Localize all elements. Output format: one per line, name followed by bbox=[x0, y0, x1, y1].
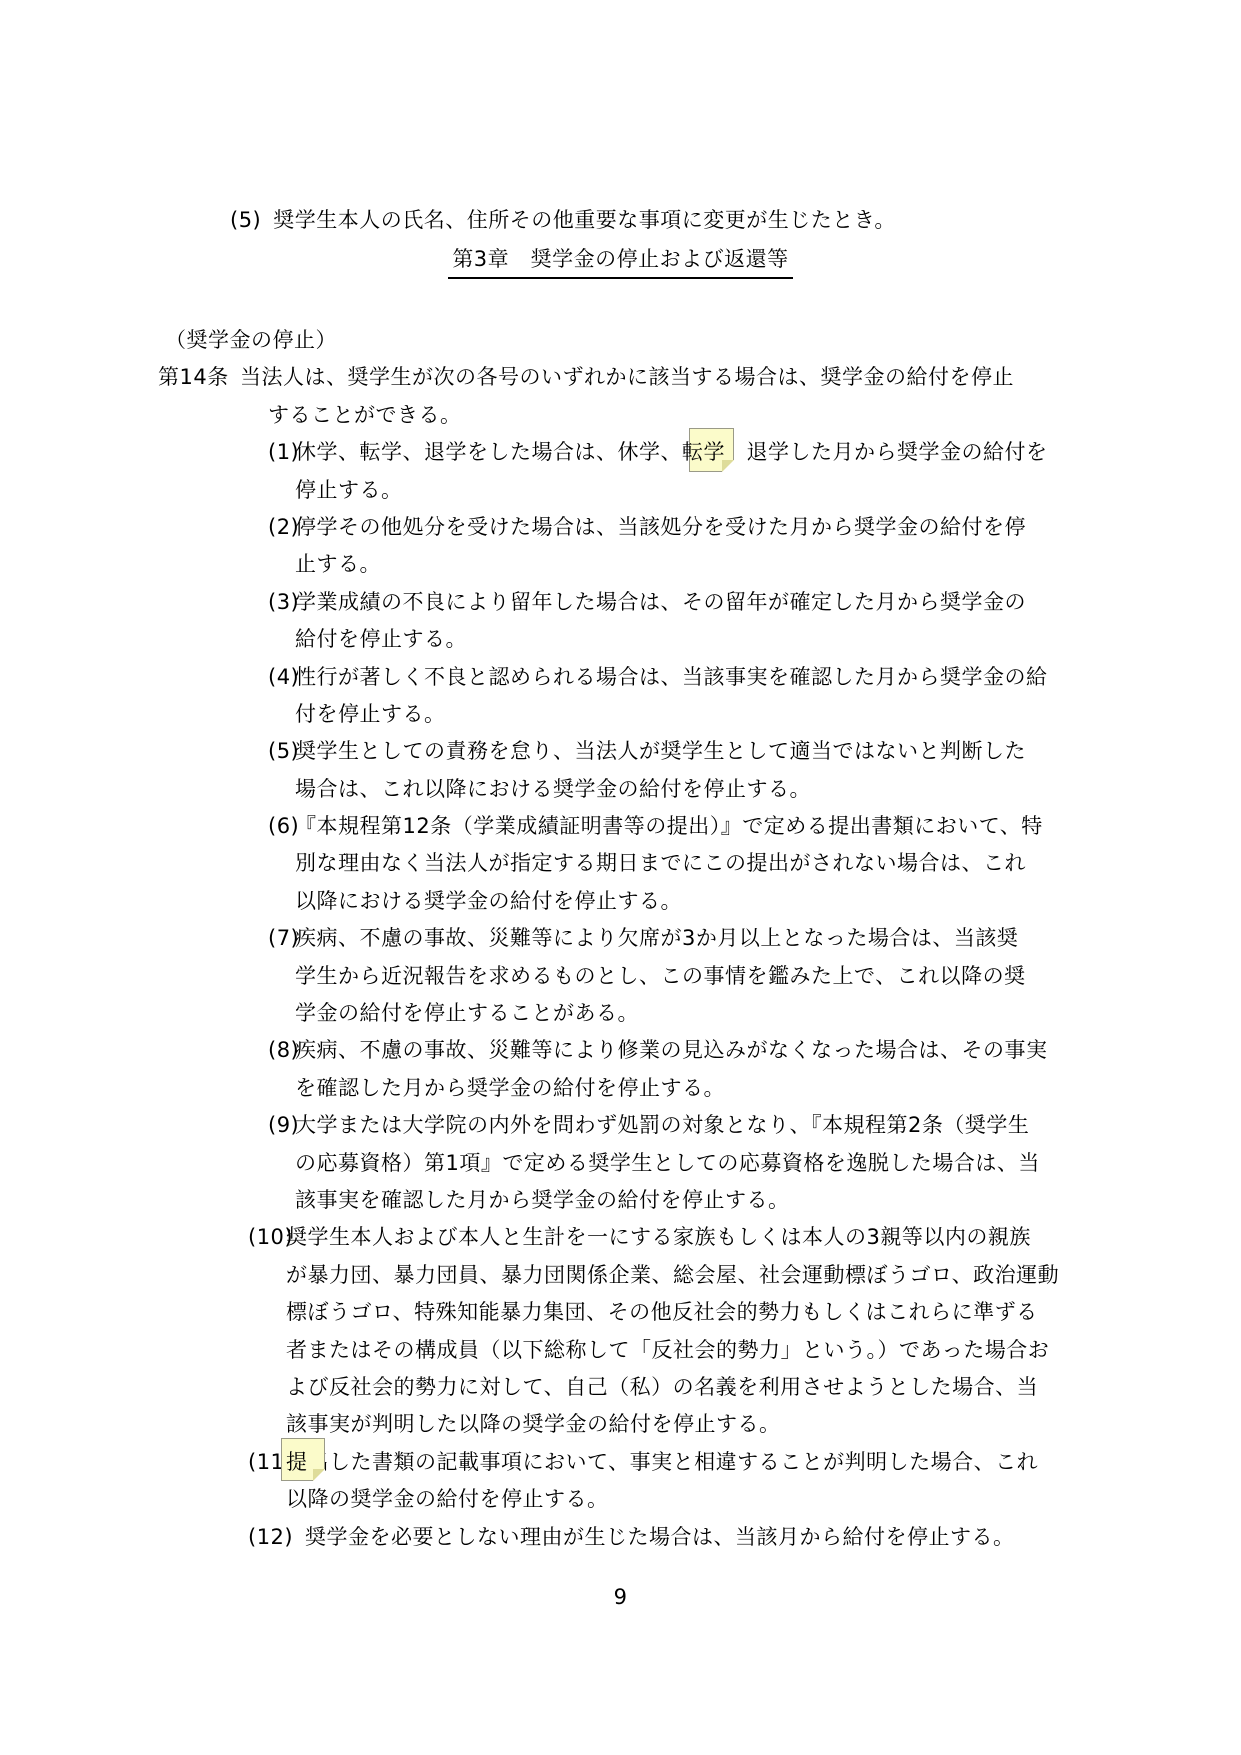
item-line: 者またはその構成員（以下総称して「反社会的勢力」という。）であった場合お bbox=[0, 1332, 1241, 1369]
item-line: 場合は、これ以降における奨学金の給付を停止する。 bbox=[0, 771, 1241, 808]
item-line: 以降における奨学金の給付を停止する。 bbox=[0, 883, 1241, 920]
item-label: (5) bbox=[230, 208, 261, 232]
item-label: (12) bbox=[248, 1519, 293, 1556]
page-number: 9 bbox=[0, 1585, 1241, 1609]
item-line: が暴力団、暴力団員、暴力団関係企業、総会屋、社会運動標ぼうゴロ、政治運動 bbox=[0, 1257, 1241, 1294]
item-text: 奨学生本人の氏名、住所その他重要な事項に変更が生じたとき。 bbox=[273, 208, 896, 232]
item-line: 学生から近況報告を求めるものとし、この事情を鑑みた上で、これ以降の奨 bbox=[0, 958, 1241, 995]
section-label: （奨学金の停止） bbox=[0, 322, 1241, 359]
item-text: 転学 bbox=[682, 440, 725, 464]
chapter-heading: 第3章 奨学金の停止および返還等 bbox=[0, 246, 1241, 279]
item-line: 付を停止する。 bbox=[0, 696, 1241, 733]
item-line: (5)奨学生としての責務を怠り、当法人が奨学生として適当ではないと判断した bbox=[0, 733, 1241, 770]
item-line: 以降の奨学金の給付を停止する。 bbox=[0, 1481, 1241, 1518]
item-text: 疾病、不慮の事故、災難等により欠席が3か月以上となった場合は、当該奨 bbox=[295, 926, 1018, 950]
item-line: (1)休学、転学、退学をした場合は、休学、転学、退学した月から奨学金の給付を bbox=[0, 434, 1241, 471]
item-line: よび反社会的勢力に対して、自己（私）の名義を利用させようとした場合、当 bbox=[0, 1369, 1241, 1406]
article-text: 当法人は、奨学生が次の各号のいずれかに該当する場合は、奨学金の給付を停止 bbox=[240, 365, 1014, 389]
item-line: を確認した月から奨学金の給付を停止する。 bbox=[0, 1070, 1241, 1107]
item-label: (10) bbox=[248, 1219, 293, 1256]
item-line: 学金の給付を停止することがある。 bbox=[0, 995, 1241, 1032]
article-body: （奨学金の停止） 第14条当法人は、奨学生が次の各号のいずれかに該当する場合は、… bbox=[0, 322, 1241, 1556]
item-line: (2)停学その他処分を受けた場合は、当該処分を受けた月から奨学金の給付を停 bbox=[0, 509, 1241, 546]
item-text: 大学または大学院の内外を問わず処罰の対象となり、『本規程第2条（奨学生 bbox=[295, 1113, 1029, 1137]
item-line: (8)疾病、不慮の事故、災難等により修業の見込みがなくなった場合は、その事実 bbox=[0, 1032, 1241, 1069]
item-label: (9) bbox=[268, 1107, 299, 1144]
item-line: 給付を停止する。 bbox=[0, 621, 1241, 658]
item-line: (4)性行が著しく不良と認められる場合は、当該事実を確認した月から奨学金の給 bbox=[0, 659, 1241, 696]
document-page: (5)奨学生本人の氏名、住所その他重要な事項に変更が生じたとき。 第3章 奨学金… bbox=[0, 0, 1241, 1755]
article-number: 第14条 bbox=[158, 359, 229, 396]
item-line: (11)提出した書類の記載事項において、事実と相違することが判明した場合、これ bbox=[0, 1444, 1241, 1481]
item-line: (9)大学または大学院の内外を問わず処罰の対象となり、『本規程第2条（奨学生 bbox=[0, 1107, 1241, 1144]
item-label: (2) bbox=[268, 509, 299, 546]
item-line: (12)奨学金を必要としない理由が生じた場合は、当該月から給付を停止する。 bbox=[0, 1519, 1241, 1556]
annotated-text: 提 bbox=[286, 1444, 308, 1481]
item-line: (7)疾病、不慮の事故、災難等により欠席が3か月以上となった場合は、当該奨 bbox=[0, 920, 1241, 957]
item-line: 止する。 bbox=[0, 546, 1241, 583]
item-text: 停学その他処分を受けた場合は、当該処分を受けた月から奨学金の給付を停 bbox=[295, 515, 1026, 539]
item-line: 標ぼうゴロ、特殊知能暴力集団、その他反社会的勢力もしくはこれらに準ずる bbox=[0, 1294, 1241, 1331]
article-line: することができる。 bbox=[0, 397, 1241, 434]
item-text: 提 bbox=[286, 1450, 308, 1474]
item-label: (8) bbox=[268, 1032, 299, 1069]
item-text: 奨学生としての責務を怠り、当法人が奨学生として適当ではないと判断した bbox=[295, 739, 1026, 763]
item-text: 休学、転学、退学をした場合は、休学、 bbox=[295, 440, 682, 464]
item-line: (6)『本規程第12条（学業成績証明書等の提出）』で定める提出書類において、特 bbox=[0, 808, 1241, 845]
item-line: 停止する。 bbox=[0, 472, 1241, 509]
item-text: 、退学した月から奨学金の給付を bbox=[725, 440, 1048, 464]
item-text: 出した書類の記載事項において、事実と相違することが判明した場合、これ bbox=[308, 1450, 1039, 1474]
item-label: (4) bbox=[268, 659, 299, 696]
item-line: 別な理由なく当法人が指定する期日までにこの提出がされない場合は、これ bbox=[0, 845, 1241, 882]
item-label: (5) bbox=[268, 733, 299, 770]
item-line: (10)奨学生本人および本人と生計を一にする家族もしくは本人の3親等以内の親族 bbox=[0, 1219, 1241, 1256]
item-text: 『本規程第12条（学業成績証明書等の提出）』で定める提出書類において、特 bbox=[295, 814, 1043, 838]
item-text: 奨学生本人および本人と生計を一にする家族もしくは本人の3親等以内の親族 bbox=[286, 1225, 1031, 1249]
item-label: (3) bbox=[268, 584, 299, 621]
clause-item: (5)奨学生本人の氏名、住所その他重要な事項に変更が生じたとき。 bbox=[230, 205, 896, 235]
item-text: 性行が著しく不良と認められる場合は、当該事実を確認した月から奨学金の給 bbox=[295, 665, 1048, 689]
item-line: (3)学業成績の不良により留年した場合は、その留年が確定した月から奨学金の bbox=[0, 584, 1241, 621]
item-line: 該事実が判明した以降の奨学金の給付を停止する。 bbox=[0, 1406, 1241, 1443]
item-line: 該事実を確認した月から奨学金の給付を停止する。 bbox=[0, 1182, 1241, 1219]
annotated-text: 転学 bbox=[682, 434, 725, 471]
item-text: 奨学金を必要としない理由が生じた場合は、当該月から給付を停止する。 bbox=[305, 1525, 1015, 1549]
article-line: 第14条当法人は、奨学生が次の各号のいずれかに該当する場合は、奨学金の給付を停止 bbox=[0, 359, 1241, 396]
item-label: (6) bbox=[268, 808, 299, 845]
chapter-heading-text: 第3章 奨学金の停止および返還等 bbox=[448, 246, 792, 279]
item-line: の応募資格）第1項』で定める奨学生としての応募資格を逸脱した場合は、当 bbox=[0, 1145, 1241, 1182]
item-text: 疾病、不慮の事故、災難等により修業の見込みがなくなった場合は、その事実 bbox=[295, 1038, 1048, 1062]
item-text: 学業成績の不良により留年した場合は、その留年が確定した月から奨学金の bbox=[295, 590, 1026, 614]
item-label: (7) bbox=[268, 920, 299, 957]
item-label: (1) bbox=[268, 434, 299, 471]
